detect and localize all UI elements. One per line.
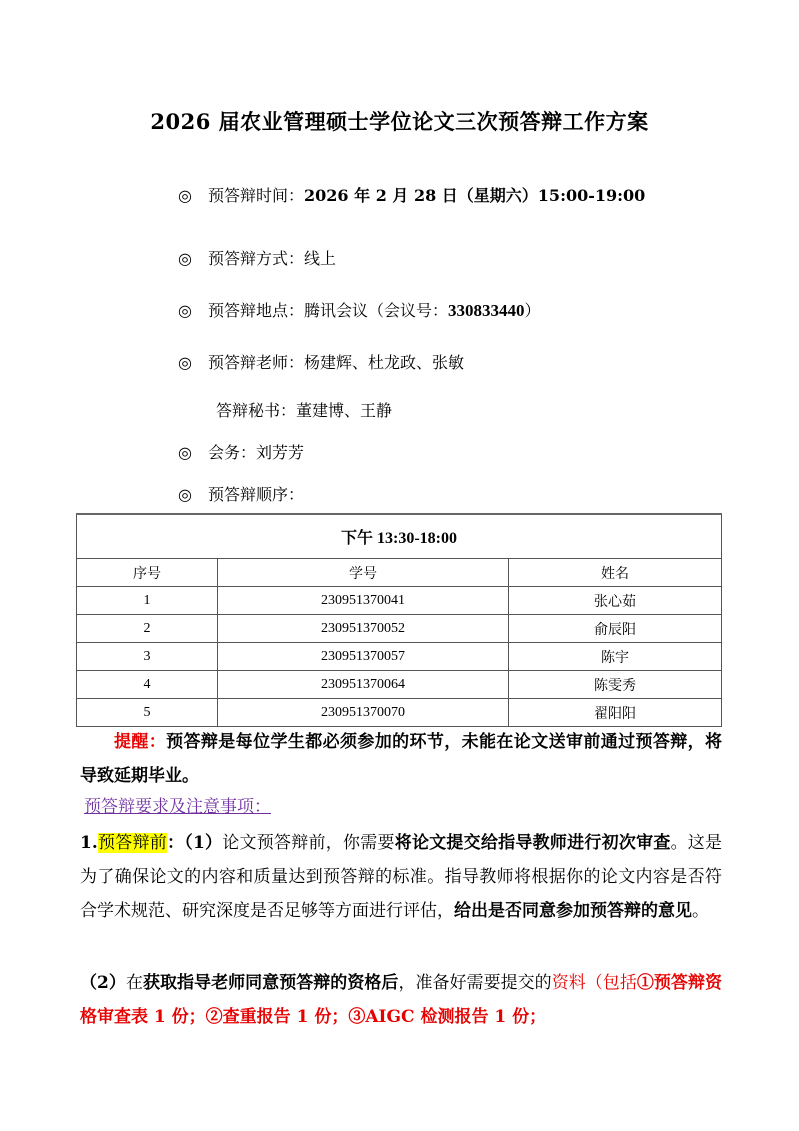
info-secretary-value: 董建博、王静	[296, 401, 392, 420]
double-circle-icon: ◎	[178, 443, 208, 462]
info-teachers-label: 预答辩老师：	[208, 353, 304, 372]
column-header-student-id: 学号	[218, 559, 509, 587]
info-location-label: 预答辩地点：	[208, 301, 304, 320]
info-time-label: 预答辩时间：	[208, 186, 304, 205]
cell-name: 翟阳阳	[509, 699, 722, 727]
cell-no: 3	[77, 643, 218, 671]
requirements-heading[interactable]: 预答辩要求及注意事项：	[84, 792, 271, 817]
info-secretary: 答辩秘书：董建博、王静	[216, 398, 392, 421]
table-row: 5 230951370070 翟阳阳	[77, 699, 722, 727]
info-order: ◎预答辩顺序：	[178, 482, 304, 505]
section1-p2-d: 资料（包括	[552, 973, 637, 993]
section1-p2-prefix: （2）	[80, 973, 126, 993]
cell-student-id: 230951370064	[218, 671, 509, 699]
table-row: 1 230951370041 张心茹	[77, 587, 722, 615]
column-header-name: 姓名	[509, 559, 722, 587]
info-location: ◎预答辩地点：腾讯会议（会议号：330833440）	[178, 298, 541, 321]
section1-paragraph1: 1.预答辩前：（1）论文预答辩前，你需要将论文提交给指导教师进行初次审查。这是为…	[80, 826, 722, 928]
table-row: 4 230951370064 陈雯秀	[77, 671, 722, 699]
section1-colon: ：	[167, 833, 184, 853]
cell-name: 陈雯秀	[509, 671, 722, 699]
double-circle-icon: ◎	[178, 186, 208, 205]
cell-student-id: 230951370057	[218, 643, 509, 671]
info-teachers-value: 杨建辉、杜龙政、张敏	[304, 353, 464, 372]
cell-no: 4	[77, 671, 218, 699]
section1-p1-d: 给出是否同意参加预答辩的意见	[454, 901, 692, 921]
info-time: ◎预答辩时间：2026 年 2 月 28 日（星期六）15:00-19:00	[178, 183, 645, 206]
double-circle-icon: ◎	[178, 353, 208, 372]
double-circle-icon: ◎	[178, 249, 208, 268]
reminder-paragraph: 提醒：预答辩是每位学生都必须参加的环节，未能在论文送审前通过预答辩，将导致延期毕…	[80, 725, 722, 793]
section1-p2-a: 在	[126, 973, 143, 993]
column-header-no: 序号	[77, 559, 218, 587]
info-affairs: ◎会务：刘芳芳	[178, 440, 304, 463]
reminder-text: 预答辩是每位学生都必须参加的环节，未能在论文送审前通过预答辩，将导致延期毕业。	[80, 732, 722, 786]
info-affairs-label: 会务：	[208, 443, 256, 462]
section1-title: 预答辩前	[98, 833, 167, 853]
session-row: 下午 13:30-18:00	[77, 514, 722, 559]
info-affairs-value: 刘芳芳	[256, 443, 304, 462]
cell-name: 俞辰阳	[509, 615, 722, 643]
info-order-label: 预答辩顺序：	[208, 485, 304, 504]
info-secretary-label: 答辩秘书：	[216, 401, 296, 420]
cell-no: 5	[77, 699, 218, 727]
table-row: 3 230951370057 陈宇	[77, 643, 722, 671]
info-time-value: 2026 年 2 月 28 日（星期六）15:00-19:00	[304, 186, 645, 205]
info-teachers: ◎预答辩老师：杨建辉、杜龙政、张敏	[178, 350, 464, 373]
section1-p1-e: 。	[692, 901, 709, 921]
cell-no: 2	[77, 615, 218, 643]
double-circle-icon: ◎	[178, 301, 208, 320]
info-mode-value: 线上	[304, 249, 336, 268]
session-time: 下午 13:30-18:00	[77, 514, 722, 559]
cell-no: 1	[77, 587, 218, 615]
cell-name: 陈宇	[509, 643, 722, 671]
info-mode-label: 预答辩方式：	[208, 249, 304, 268]
schedule-table: 下午 13:30-18:00 序号 学号 姓名 1 230951370041 张…	[76, 513, 722, 727]
info-location-value: 腾讯会议（会议号：	[304, 301, 448, 320]
section1-paragraph2: （2）在获取指导老师同意预答辩的资格后，准备好需要提交的资料（包括①预答辩资格审…	[80, 966, 722, 1034]
section1-p1-prefix: （1）	[184, 833, 222, 853]
reminder-label: 提醒：	[114, 732, 166, 752]
table-row: 2 230951370052 俞辰阳	[77, 615, 722, 643]
cell-student-id: 230951370070	[218, 699, 509, 727]
section1-p1-b: 将论文提交给指导教师进行初次审查	[395, 833, 671, 853]
section1-p1-a: 论文预答辩前，你需要	[222, 833, 394, 853]
cell-student-id: 230951370052	[218, 615, 509, 643]
section1-p2-c: ，准备好需要提交的	[398, 973, 551, 993]
meeting-number: 330833440	[448, 301, 525, 320]
info-mode: ◎预答辩方式：线上	[178, 246, 336, 269]
cell-name: 张心茹	[509, 587, 722, 615]
double-circle-icon: ◎	[178, 485, 208, 504]
column-header-row: 序号 学号 姓名	[77, 559, 722, 587]
section1-number: 1.	[80, 833, 98, 853]
cell-student-id: 230951370041	[218, 587, 509, 615]
info-location-end: ）	[525, 301, 541, 320]
section1-p2-b: 获取指导老师同意预答辩的资格后	[143, 973, 398, 993]
document-title: 2026 届农业管理硕士学位论文三次预答辩工作方案	[0, 106, 799, 136]
